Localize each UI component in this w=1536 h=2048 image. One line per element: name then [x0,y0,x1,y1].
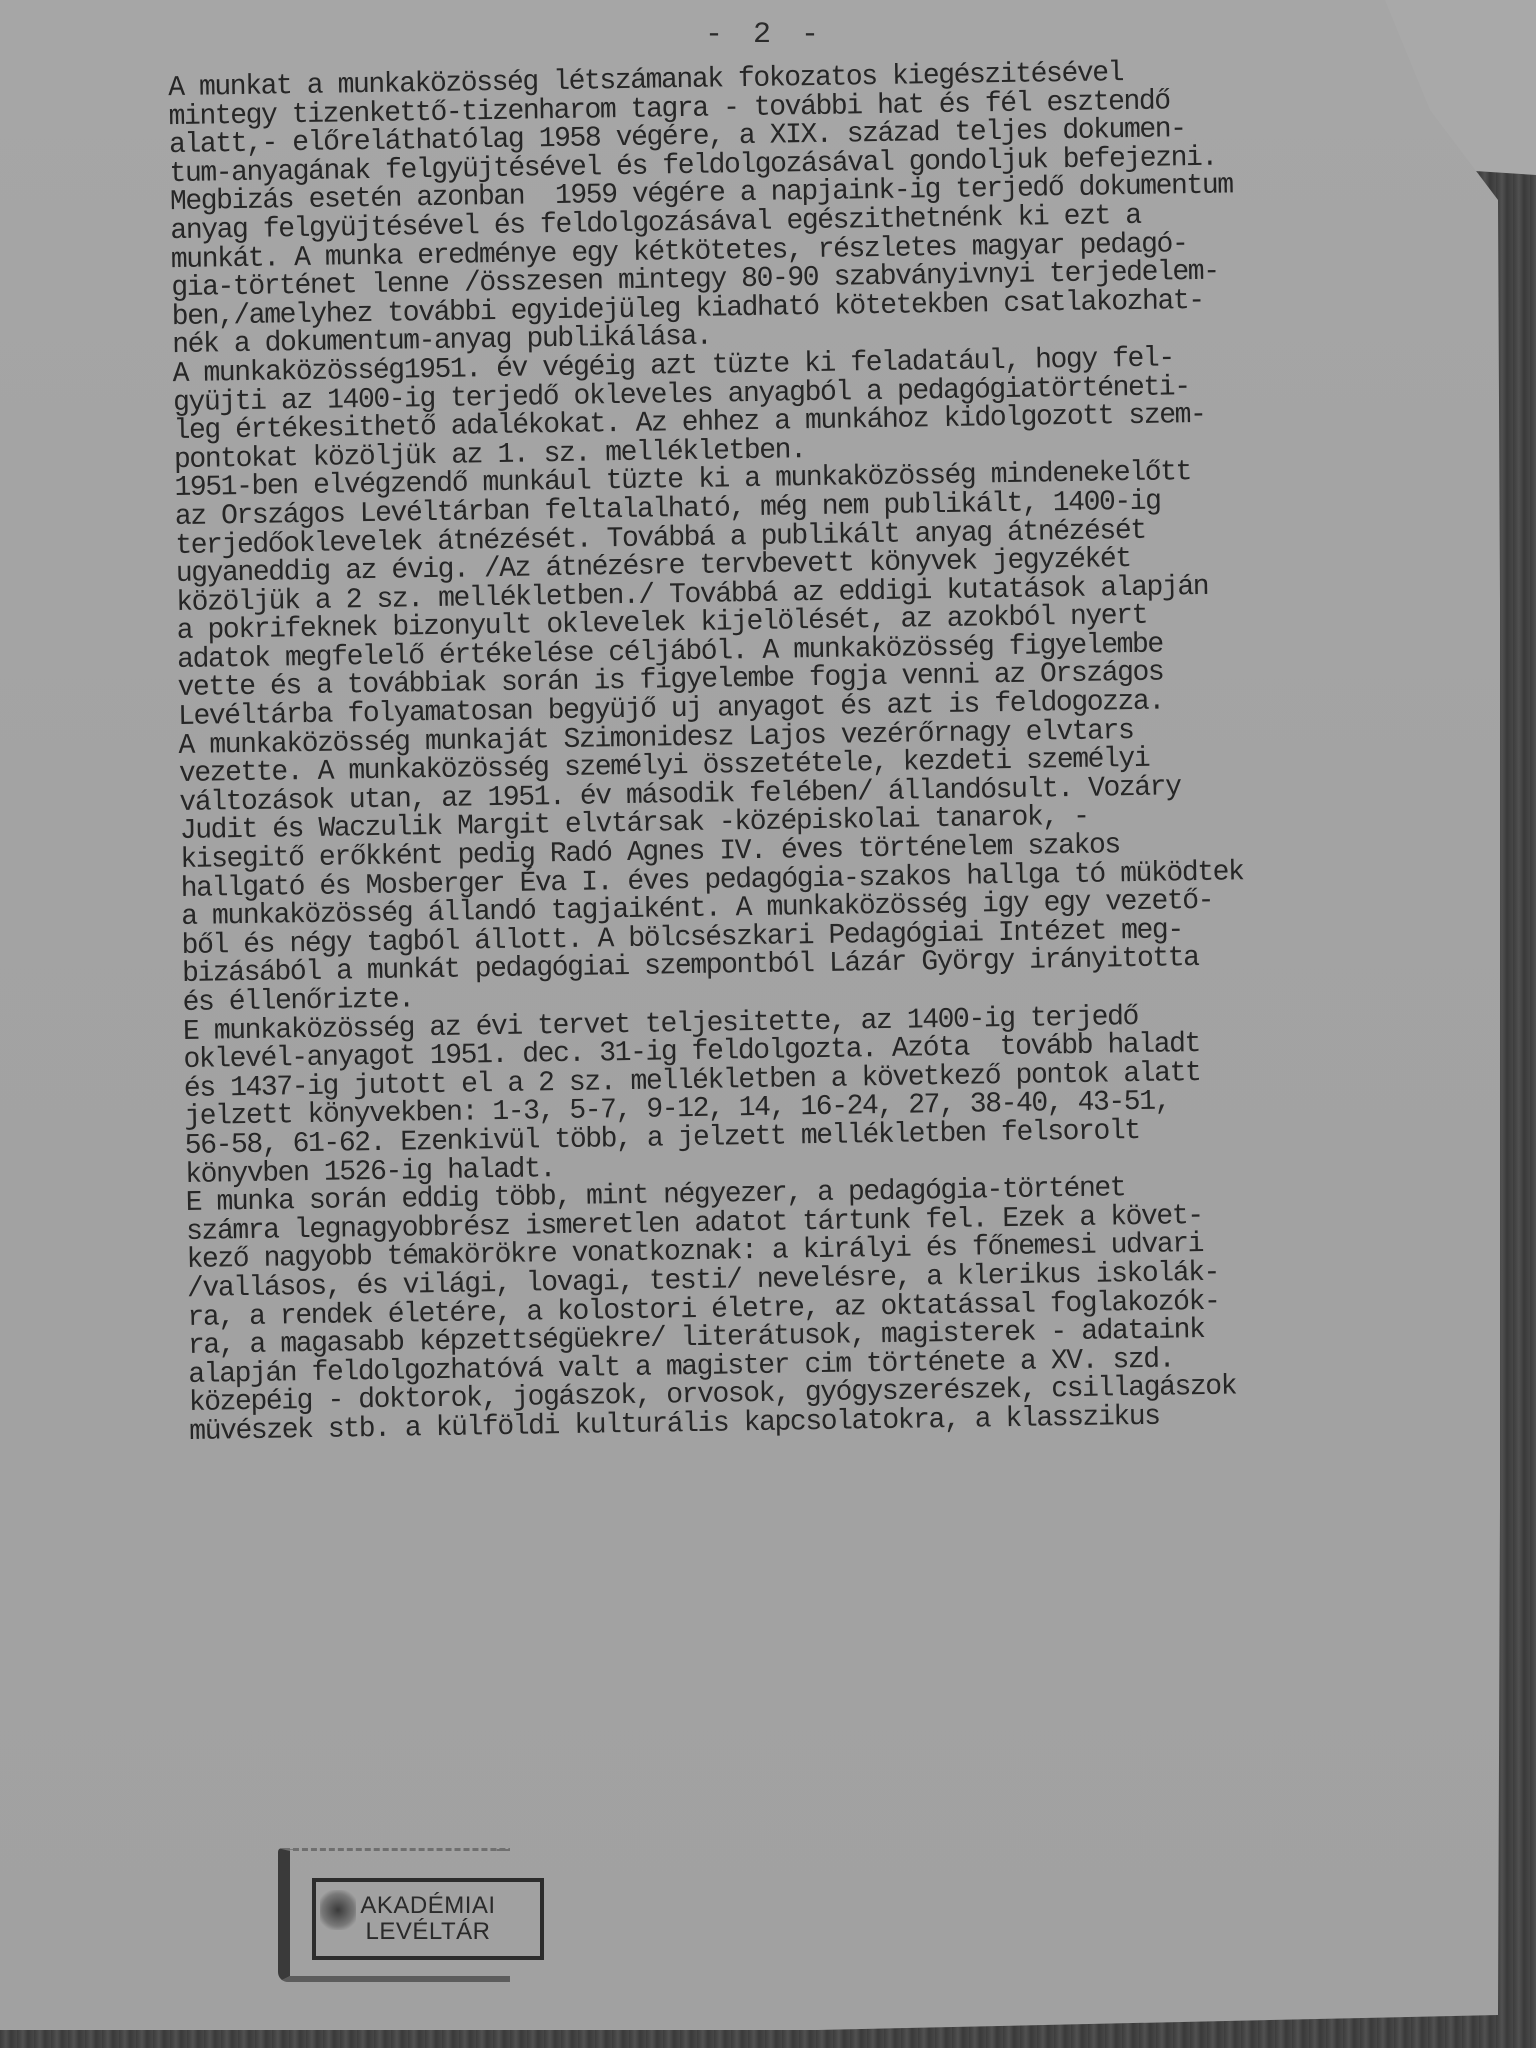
typewritten-body: A munkat a munkaközösség létszámanak fok… [168,54,1509,1447]
stamp-line-1: AKADÉMIAI [360,1893,495,1919]
document-page: - 2 - A munkat a munkaközösség létszáman… [0,0,1500,2030]
stamp-smudge [320,1890,356,1930]
stamp-line-2: LEVÉLTÁR [366,1919,491,1945]
page-number: - 2 - [705,18,825,52]
archive-stamp: AKADÉMIAI LEVÉLTÁR [278,1848,548,1978]
stamp-inner-box: AKADÉMIAI LEVÉLTÁR [312,1878,544,1960]
